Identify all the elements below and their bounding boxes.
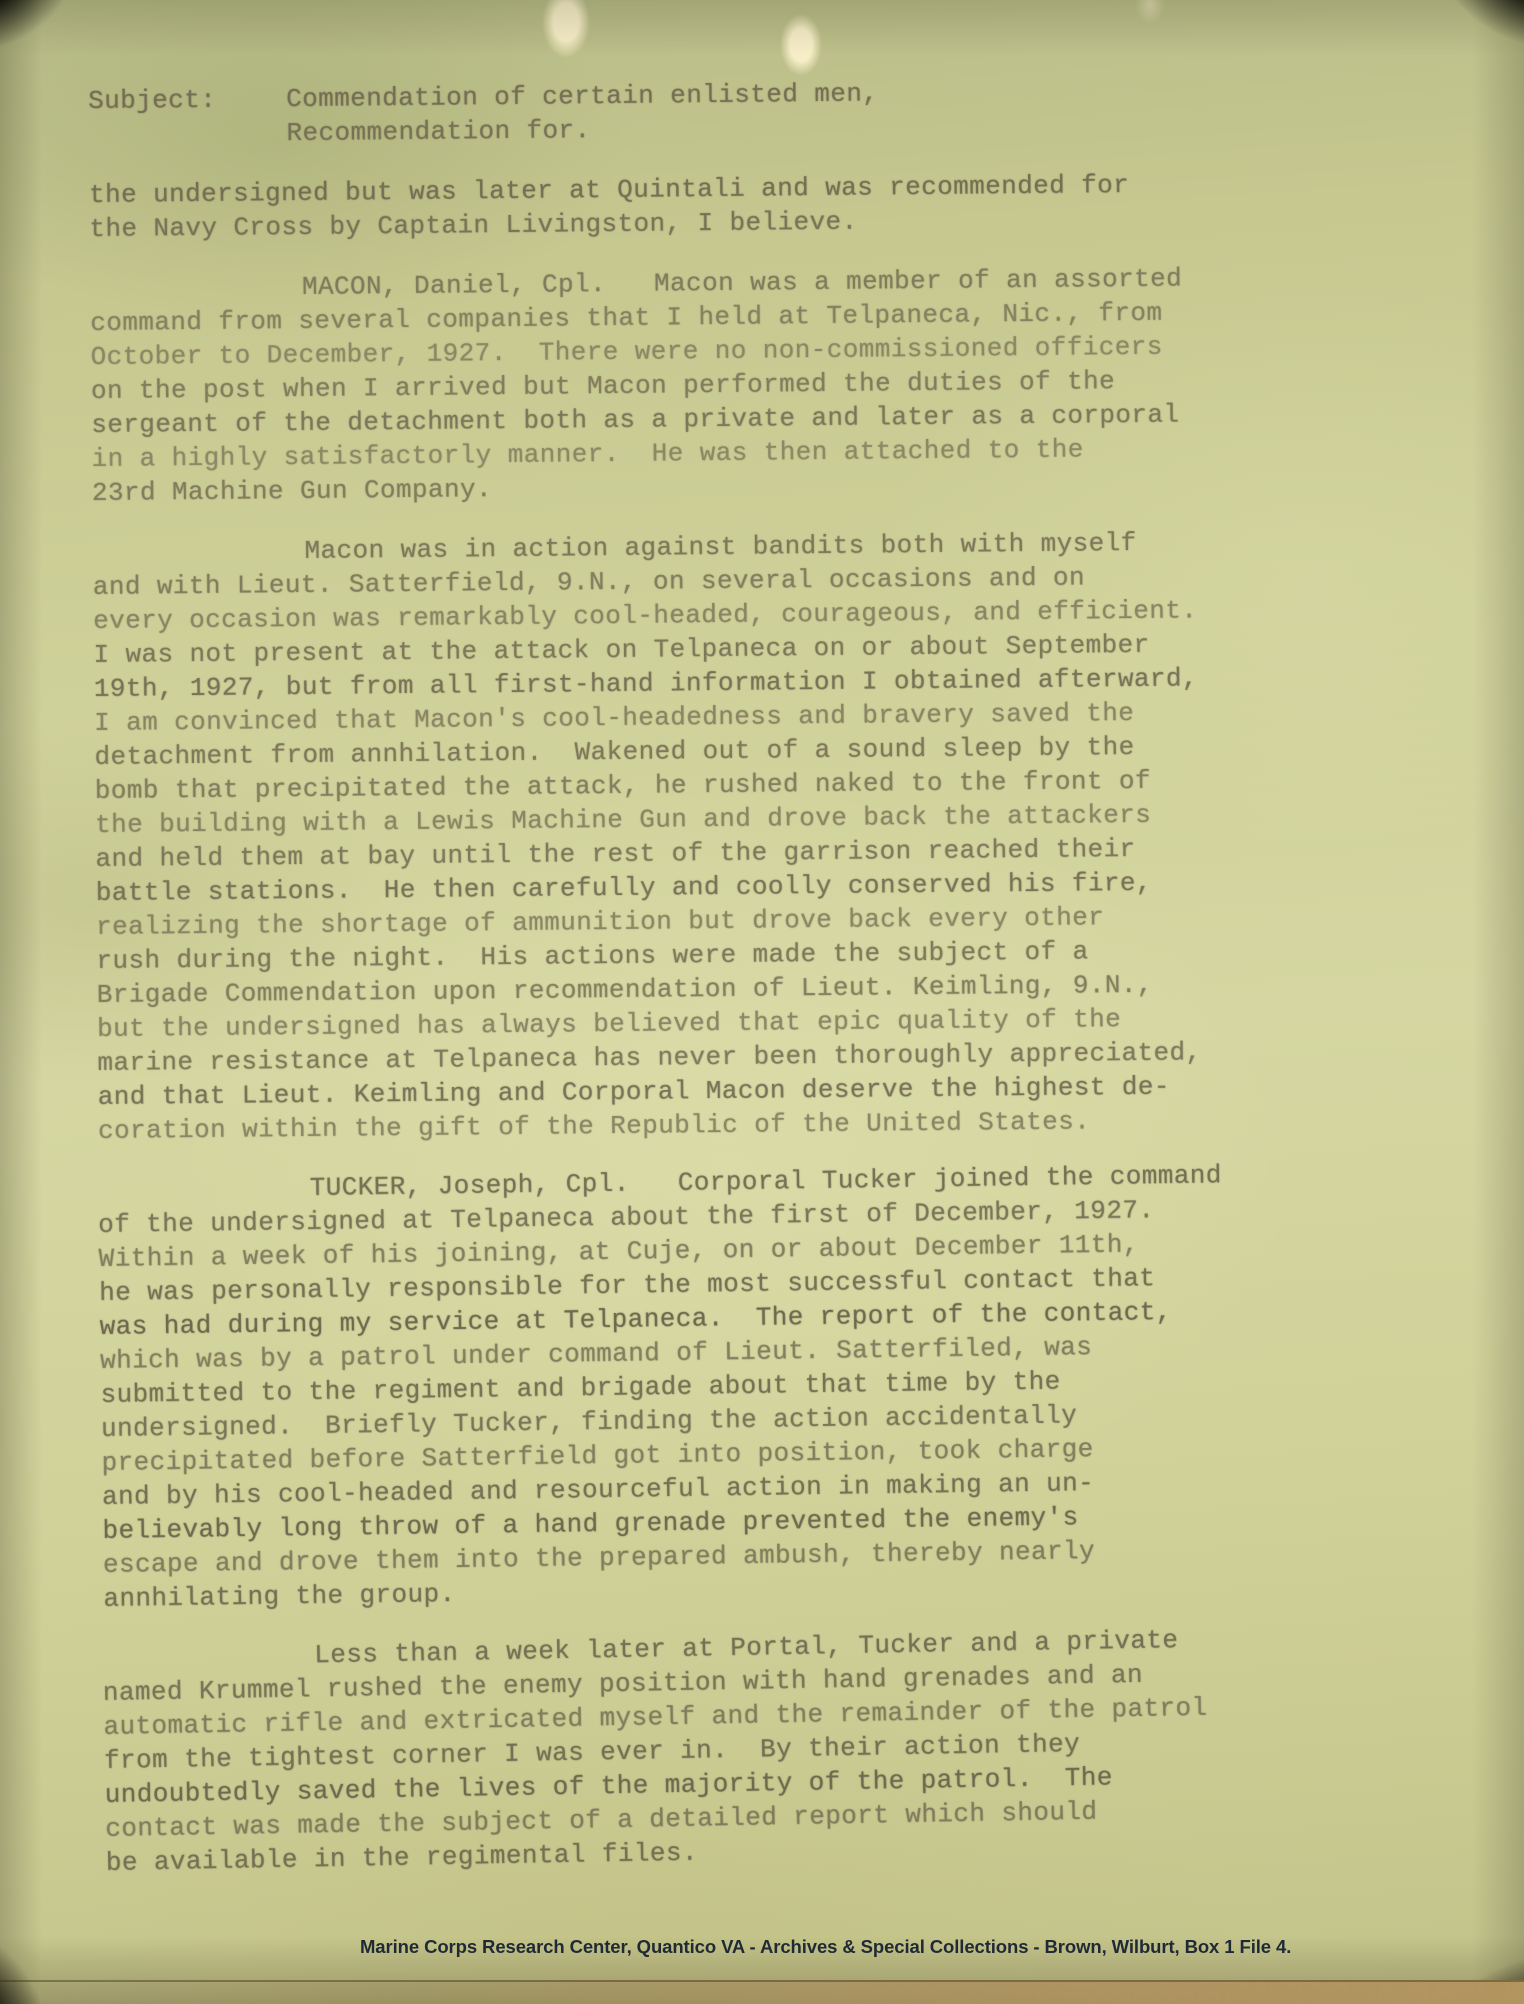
subject-label: Subject: xyxy=(88,82,286,118)
typewritten-content: Subject:Commendation of certain enlisted… xyxy=(88,72,1325,1880)
paper-bottom-edge xyxy=(0,1980,1524,2004)
document-photo: Subject:Commendation of certain enlisted… xyxy=(0,0,1524,2004)
subject-text: Recommendation for. xyxy=(286,115,590,148)
typewritten-paragraph: Less than a week later at Portal, Tucker… xyxy=(102,1621,1326,1880)
archive-caption: Marine Corps Research Center, Quantico V… xyxy=(360,1936,1460,1958)
typewritten-paragraph: MACON, Daniel, Cpl. Macon was a member o… xyxy=(90,260,1312,510)
typewritten-paragraph: Macon was in action against bandits both… xyxy=(92,524,1318,1148)
subject-label-spacer xyxy=(89,140,287,142)
subject-text: Commendation of certain enlisted men, xyxy=(286,78,878,114)
typewritten-paragraph: TUCKER, Joseph, Cpl. Corporal Tucker joi… xyxy=(97,1157,1323,1616)
typewritten-paragraph: the undersigned but was later at Quintal… xyxy=(89,166,1310,246)
